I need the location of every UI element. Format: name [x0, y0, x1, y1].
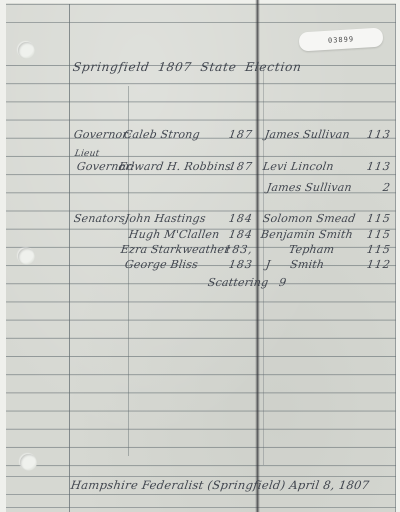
vote-count: 184	[222, 212, 254, 225]
candidate-name: John Hastings	[124, 212, 207, 225]
vote-count: 112	[360, 258, 392, 271]
catalog-number: 03899	[328, 35, 355, 45]
candidate-name: Hugh M'Clallen	[128, 228, 220, 241]
candidate-name: Benjamin Smith	[260, 228, 354, 241]
page-title: Springfield 1807 State Election	[72, 60, 303, 74]
vote-count: 187	[222, 128, 254, 141]
column-line-center	[263, 65, 264, 465]
vote-count: 113	[360, 160, 392, 173]
vote-count: 183,	[222, 243, 254, 256]
candidate-name: James Sullivan	[264, 128, 351, 141]
ruled-lines	[6, 65, 396, 467]
ruled-line-top-2	[6, 22, 396, 23]
vote-count: 115	[360, 212, 392, 225]
vote-count: 115	[360, 243, 392, 256]
office-label-lieut: Lieut	[74, 149, 100, 159]
punch-hole-middle	[18, 248, 35, 265]
candidate-name: Ezra Starkweather	[120, 243, 231, 256]
candidate-name: Tepham	[288, 243, 335, 256]
vote-count: 183	[222, 258, 254, 271]
candidate-name: Edward H. Robbins	[118, 160, 232, 173]
candidate-name: J Smith	[265, 258, 325, 271]
center-divider-line	[255, 0, 260, 512]
candidate-name: Solomon Smead	[262, 212, 356, 225]
punch-hole-top	[18, 42, 35, 59]
office-label-senators: Senators:	[73, 212, 130, 225]
source-citation: Hampshire Federalist (Springfield) April…	[70, 478, 370, 492]
candidate-name: George Bliss	[124, 258, 199, 271]
candidate-name: James Sullivan	[266, 181, 353, 194]
ruled-line-bottom-2	[6, 494, 396, 495]
vote-count: 115	[360, 228, 392, 241]
vote-count: 184	[222, 228, 254, 241]
column-line-left	[128, 86, 129, 456]
vote-count: 2	[360, 181, 392, 194]
ruled-line-bottom-3	[6, 507, 396, 508]
right-margin-line	[395, 4, 396, 512]
ruled-line-bottom-1	[6, 476, 396, 477]
scattering-note: Scattering 9	[207, 276, 287, 289]
left-margin-line	[69, 4, 70, 512]
candidate-name: Caleb Strong	[123, 128, 201, 141]
candidate-name: Levi Lincoln	[262, 160, 335, 173]
vote-count: 113	[360, 128, 392, 141]
vote-count: 187	[222, 160, 254, 173]
ruled-line-top-1	[6, 4, 396, 5]
punch-hole-bottom	[20, 454, 37, 471]
